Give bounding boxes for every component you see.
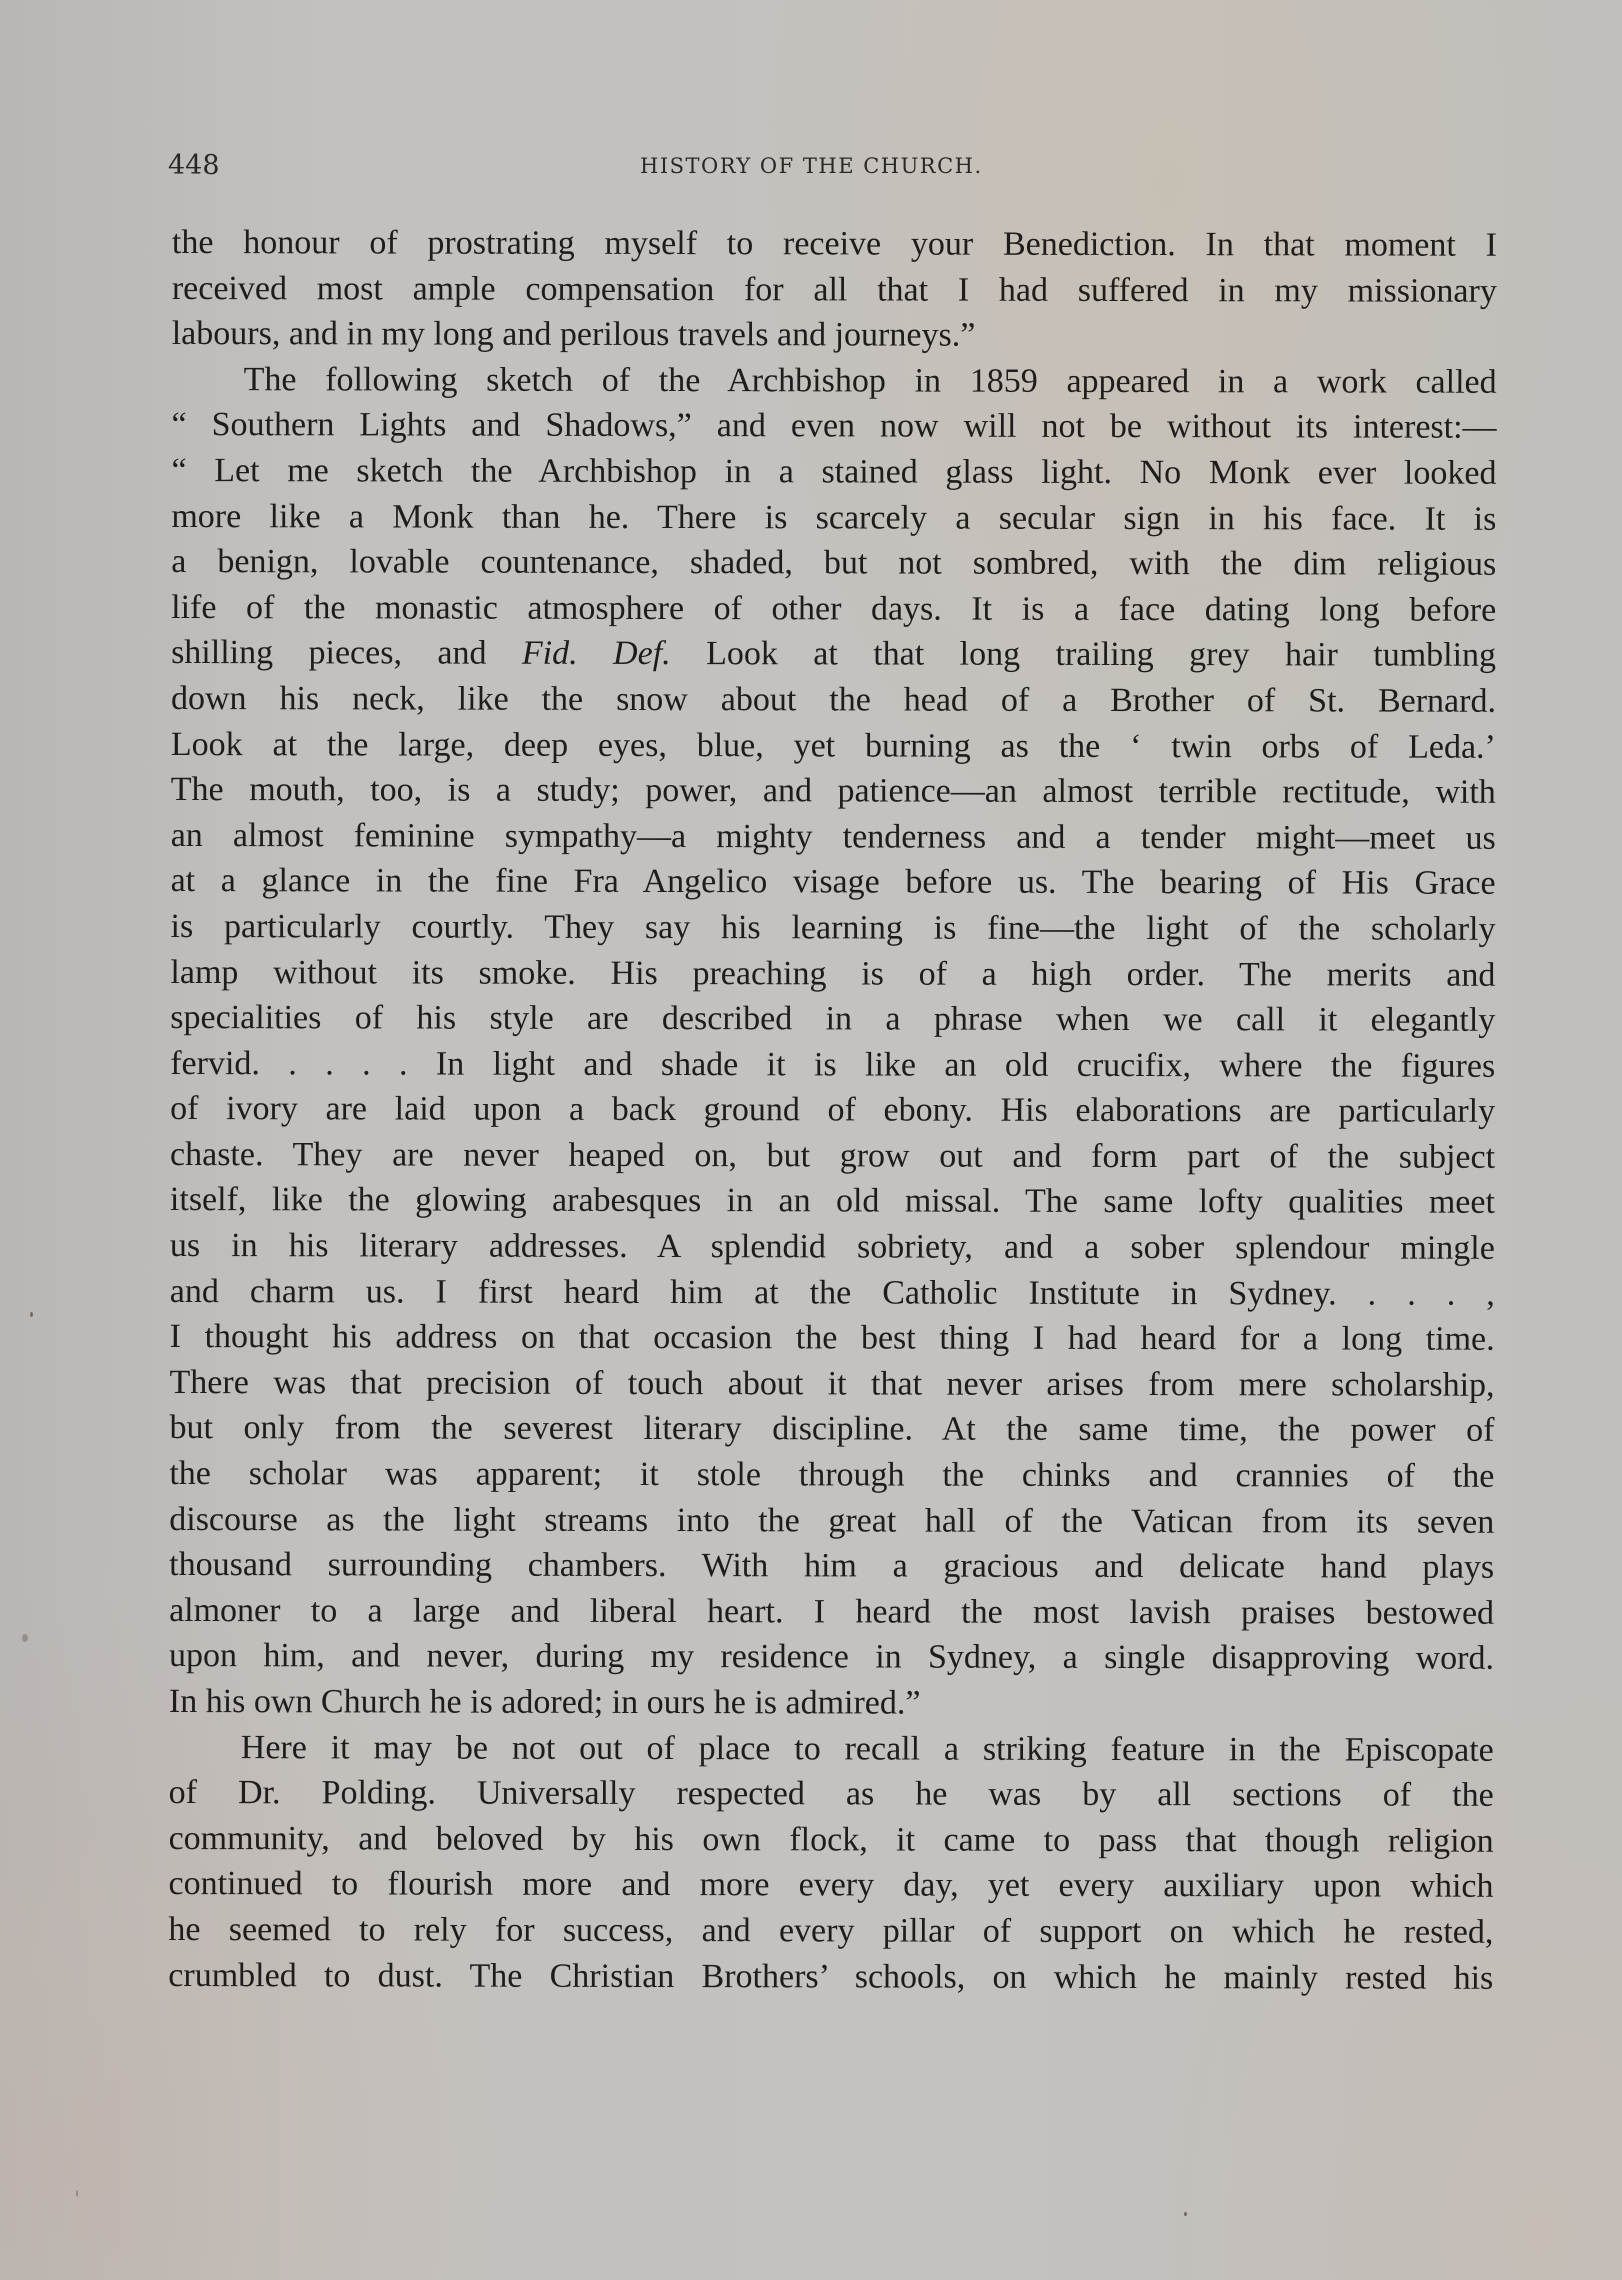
text-line: labours, and in my long and perilous tra… [172,311,1497,359]
text-line: is particularly courtly. They say his le… [170,904,1495,952]
text-line: the scholar was apparent; it stole throu… [169,1451,1494,1499]
text-line: “ Let me sketch the Archbishop in a stai… [171,448,1496,496]
italic-term: Fid. Def. [522,635,671,672]
text-line: the honour of prostrating myself to rece… [172,220,1497,268]
text-line: Look at the large, deep eyes, blue, yet … [171,722,1496,770]
scanned-book-page: 448 HISTORY OF THE CHURCH. the honour of… [0,0,1622,2280]
text-line: upon him, and never, during my residence… [169,1633,1494,1681]
text-line: more like a Monk than he. There is scarc… [171,494,1496,542]
text-line: The mouth, too, is a study; power, and p… [171,767,1496,815]
text-line: life of the monastic atmosphere of other… [171,585,1496,633]
text-line: almoner to a large and liberal heart. I … [169,1588,1494,1636]
text-line: at a glance in the fine Fra Angelico vis… [171,858,1496,906]
text-line: fervid. . . . . In light and shade it is… [170,1041,1495,1089]
text-line: itself, like the glowing arabesques in a… [170,1177,1495,1225]
paragraph-2: The following sketch of the Archbishop i… [169,357,1497,1728]
text-line-with-italic: shilling pieces, and Fid. Def. Look at t… [171,630,1496,678]
text-line: crumbled to dust. The Christian Brothers… [168,1953,1493,2001]
paper-speck [1184,2212,1187,2216]
running-title: HISTORY OF THE CHURCH. [640,154,983,178]
text-line: continued to flourish more and more ever… [168,1861,1493,1909]
text-line: but only from the severest literary disc… [169,1405,1494,1453]
body-text: the honour of prostrating myself to rece… [168,220,1497,2001]
text-line: discourse as the light streams into the … [169,1497,1494,1545]
paper-speck [30,1312,33,1317]
text-line: “ Southern Lights and Shadows,” and even… [172,402,1497,450]
text-fragment: Look at that long trailing grey hair tum… [671,635,1496,674]
paper-speck [76,2190,78,2197]
text-line: an almost feminine sympathy—a mighty ten… [171,813,1496,861]
text-line: community, and beloved by his own flock,… [169,1816,1494,1864]
text-line: of ivory are laid upon a back ground of … [170,1086,1495,1134]
text-fragment: shilling pieces, and [171,634,522,672]
text-line: us in his literary addresses. A splendid… [170,1223,1495,1271]
paragraph-1: the honour of prostrating myself to rece… [172,220,1497,360]
text-line: chaste. They are never heaped on, but gr… [170,1132,1495,1180]
text-line: The following sketch of the Archbishop i… [172,357,1497,405]
text-line: specialities of his style are described … [170,995,1495,1043]
text-line: There was that precision of touch about … [170,1360,1495,1408]
text-line: lamp without its smoke. His preaching is… [170,949,1495,997]
text-line: received most ample compensation for all… [172,266,1497,314]
text-line: Here it may be not out of place to recal… [169,1725,1494,1773]
text-line: down his neck, like the snow about the h… [171,676,1496,724]
paragraph-3: Here it may be not out of place to recal… [168,1725,1494,2001]
page-number: 448 [168,150,220,181]
text-line: and charm us. I first heard him at the C… [170,1269,1495,1317]
text-line: thousand surrounding chambers. With him … [169,1542,1494,1590]
text-line: of Dr. Polding. Universally respected as… [169,1770,1494,1818]
text-line: a benign, lovable countenance, shaded, b… [171,539,1496,587]
paper-speck [22,1634,28,1642]
text-line: he seemed to rely for success, and every… [168,1907,1493,1955]
text-line: In his own Church he is adored; in ours … [169,1679,1494,1727]
running-head: 448 HISTORY OF THE CHURCH. [168,150,1498,190]
text-line: I thought his address on that occasion t… [170,1314,1495,1362]
